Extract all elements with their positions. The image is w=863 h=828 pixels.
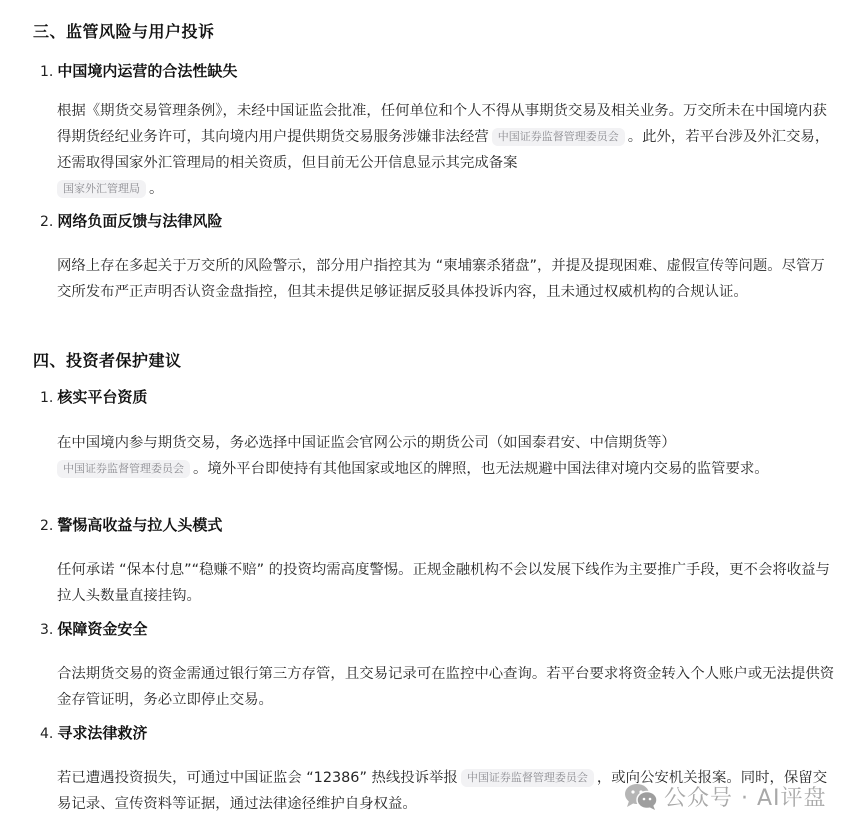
subheading-legal-remedy: 4.寻求法律救济 bbox=[40, 722, 147, 743]
subheading-text: 核实平台资质 bbox=[57, 388, 147, 406]
paragraph-verify-qualification: 在中国境内参与期货交易，务必选择中国证监会官网公示的期货公司（如国泰君安、中信期… bbox=[57, 430, 837, 482]
watermark-text: 公众号 · AI评盘 bbox=[664, 781, 827, 812]
list-number: 3. bbox=[40, 622, 53, 638]
subheading-legality: 1.中国境内运营的合法性缺失 bbox=[40, 60, 237, 81]
list-number: 4. bbox=[40, 726, 53, 742]
source-tag-csrc[interactable]: 中国证券监督管理委员会 bbox=[492, 128, 625, 146]
source-tag-csrc[interactable]: 中国证券监督管理委员会 bbox=[57, 460, 190, 478]
paragraph-text: 。 bbox=[149, 181, 163, 197]
list-number: 1. bbox=[40, 64, 53, 80]
subheading-text: 寻求法律救济 bbox=[57, 724, 147, 742]
section-heading-investor-protection: 四、投资者保护建议 bbox=[33, 348, 182, 371]
subheading-negative-feedback: 2.网络负面反馈与法律风险 bbox=[40, 210, 222, 231]
subheading-text: 网络负面反馈与法律风险 bbox=[57, 212, 222, 230]
paragraph-text: 。境外平台即使持有其他国家或地区的牌照，也无法规避中国法律对境内交易的监管要求。 bbox=[193, 461, 769, 477]
watermark: 公众号 · AI评盘 bbox=[624, 781, 827, 812]
paragraph-text: 在中国境内参与期货交易，务必选择中国证监会官网公示的期货公司（如国泰君安、中信期… bbox=[57, 435, 676, 451]
wechat-icon bbox=[624, 783, 658, 811]
paragraph-high-return-warning: 任何承诺 “保本付息”“稳赚不赔” 的投资均需高度警惕。正规金融机构不会以发展下… bbox=[57, 557, 837, 609]
source-tag-safe[interactable]: 国家外汇管理局 bbox=[57, 180, 146, 198]
subheading-text: 警惕高收益与拉人头模式 bbox=[57, 516, 222, 534]
paragraph-negative-feedback: 网络上存在多起关于万交所的风险警示，部分用户指控其为 “柬埔寨杀猪盘”，并提及提… bbox=[57, 253, 837, 305]
list-number: 2. bbox=[40, 214, 53, 230]
list-number: 1. bbox=[40, 390, 53, 406]
section-heading-regulatory-risk: 三、监管风险与用户投诉 bbox=[33, 19, 215, 42]
subheading-fund-security: 3.保障资金安全 bbox=[40, 618, 147, 639]
paragraph-text: 若已遭遇投资损失，可通过中国证监会 “12386” 热线投诉举报 bbox=[57, 770, 458, 786]
list-number: 2. bbox=[40, 518, 53, 534]
paragraph-fund-security: 合法期货交易的资金需通过银行第三方存管，且交易记录可在监控中心查询。若平台要求将… bbox=[57, 661, 837, 713]
subheading-high-return-warning: 2.警惕高收益与拉人头模式 bbox=[40, 514, 222, 535]
subheading-text: 中国境内运营的合法性缺失 bbox=[57, 62, 237, 80]
paragraph-legality: 根据《期货交易管理条例》，未经中国证监会批准，任何单位和个人不得从事期货交易及相… bbox=[57, 98, 837, 202]
subheading-text: 保障资金安全 bbox=[57, 620, 147, 638]
source-tag-csrc[interactable]: 中国证券监督管理委员会 bbox=[461, 769, 594, 787]
subheading-verify-qualification: 1.核实平台资质 bbox=[40, 386, 147, 407]
